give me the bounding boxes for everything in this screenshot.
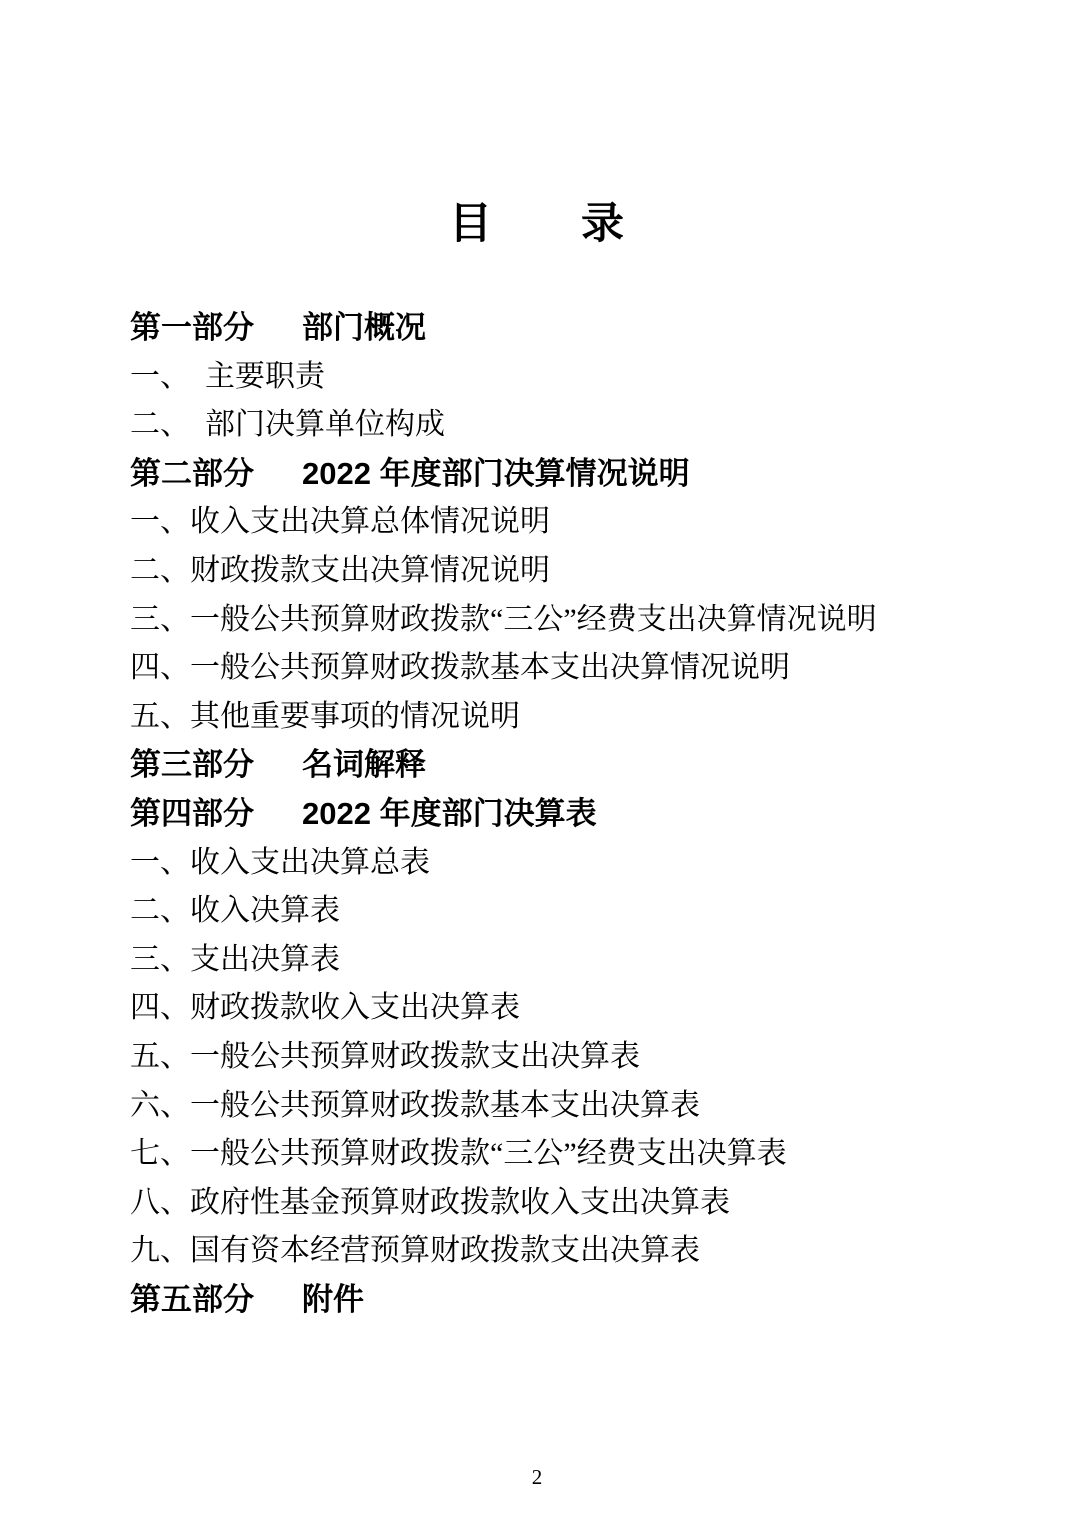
toc-section-label: 第一部分 bbox=[130, 304, 302, 353]
toc-item: 二、收入决算表 bbox=[130, 887, 1014, 936]
document-page: 目 录 第一部分部门概况一、 主要职责二、 部门决算单位构成第二部分2022 年… bbox=[0, 0, 1074, 1520]
toc-section-label: 第四部分 bbox=[130, 790, 302, 839]
toc-section-title: 2022 年度部门决算表 bbox=[302, 796, 597, 831]
toc-section-heading: 第二部分2022 年度部门决算情况说明 bbox=[130, 450, 1014, 499]
toc-item: 四、一般公共预算财政拨款基本支出决算情况说明 bbox=[130, 644, 1014, 693]
toc-section-heading: 第五部分附件 bbox=[130, 1276, 1014, 1325]
toc-section-heading: 第四部分2022 年度部门决算表 bbox=[130, 790, 1014, 839]
toc-section-heading: 第三部分名词解释 bbox=[130, 741, 1014, 790]
toc-section-heading: 第一部分部门概况 bbox=[130, 304, 1014, 353]
page-title: 目 录 bbox=[0, 0, 1074, 250]
toc-section-label: 第三部分 bbox=[130, 741, 302, 790]
toc-item: 七、一般公共预算财政拨款“三公”经费支出决算表 bbox=[130, 1130, 1014, 1179]
toc-item: 八、政府性基金预算财政拨款收入支出决算表 bbox=[130, 1179, 1014, 1228]
toc-section-title: 名词解释 bbox=[302, 747, 426, 782]
page-number: 2 bbox=[0, 1467, 1074, 1488]
toc-item: 三、一般公共预算财政拨款“三公”经费支出决算情况说明 bbox=[130, 596, 1014, 645]
toc-section-label: 第二部分 bbox=[130, 450, 302, 499]
toc-item: 一、收入支出决算总表 bbox=[130, 839, 1014, 888]
toc-item: 四、财政拨款收入支出决算表 bbox=[130, 984, 1014, 1033]
toc-section-title: 附件 bbox=[302, 1282, 364, 1317]
toc-section-title: 部门概况 bbox=[302, 310, 426, 345]
toc-item: 二、 部门决算单位构成 bbox=[130, 401, 1014, 450]
toc: 第一部分部门概况一、 主要职责二、 部门决算单位构成第二部分2022 年度部门决… bbox=[130, 304, 1014, 1324]
toc-item: 一、收入支出决算总体情况说明 bbox=[130, 498, 1014, 547]
toc-item: 三、支出决算表 bbox=[130, 936, 1014, 985]
toc-item: 九、国有资本经营预算财政拨款支出决算表 bbox=[130, 1227, 1014, 1276]
toc-section-title: 2022 年度部门决算情况说明 bbox=[302, 456, 690, 491]
toc-section-label: 第五部分 bbox=[130, 1276, 302, 1325]
toc-item: 一、 主要职责 bbox=[130, 353, 1014, 402]
toc-item: 二、财政拨款支出决算情况说明 bbox=[130, 547, 1014, 596]
toc-item: 五、一般公共预算财政拨款支出决算表 bbox=[130, 1033, 1014, 1082]
toc-item: 五、其他重要事项的情况说明 bbox=[130, 693, 1014, 742]
toc-item: 六、一般公共预算财政拨款基本支出决算表 bbox=[130, 1082, 1014, 1131]
